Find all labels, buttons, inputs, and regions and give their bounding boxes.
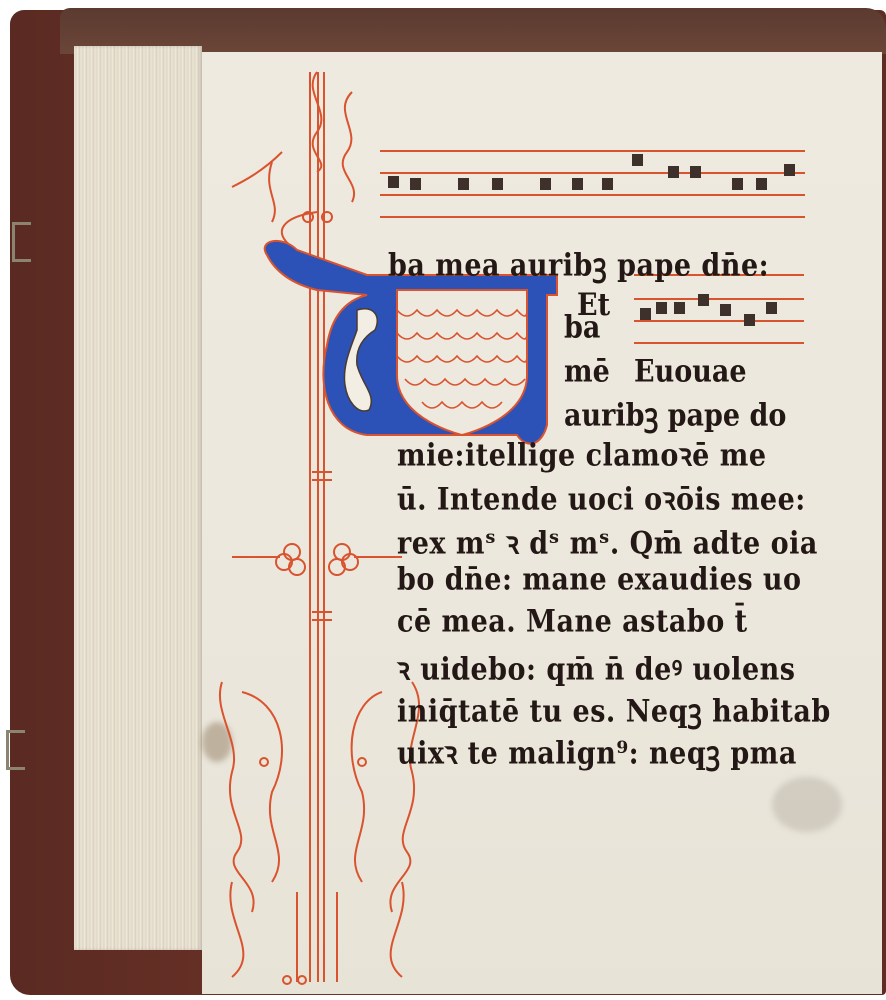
text-line-5: auribꝫ pape do (564, 392, 786, 435)
text-line-10: cē mea. Mane astabo t̄ (397, 604, 748, 640)
text-line-12: iniq̄tatē tu es. Neqꝫ habitab (397, 688, 831, 731)
text-line-6: mie:itellige clamoꝛē me (397, 432, 767, 475)
music-staff-1 (380, 148, 805, 218)
text-line-9: bo dn̄e: mane exaudies uo (397, 562, 802, 598)
text-line-8: rex mˢ ꝛ dˢ mˢ. Qm̄ adte oia (397, 520, 818, 563)
manuscript-page: ba mea auribꝫ pape dn̄e: Et ba mē Euouae… (202, 52, 882, 994)
text-line-13: uixꝛ te malign⁹: neqꝫ pma (397, 730, 797, 773)
text-line-7: ū. Intende uoci oꝛōis mee: (397, 476, 806, 519)
clasp-upper (12, 222, 31, 262)
text-line-4: mē (564, 354, 610, 390)
text-line-euouae: Euouae (634, 354, 747, 390)
text-line-3: ba (564, 310, 600, 346)
text-line-11: ꝛ uidebo: qm̄ n̄ deꝰ uolens (397, 646, 795, 689)
clasp-lower (6, 730, 25, 770)
page-block-edge (74, 46, 202, 950)
